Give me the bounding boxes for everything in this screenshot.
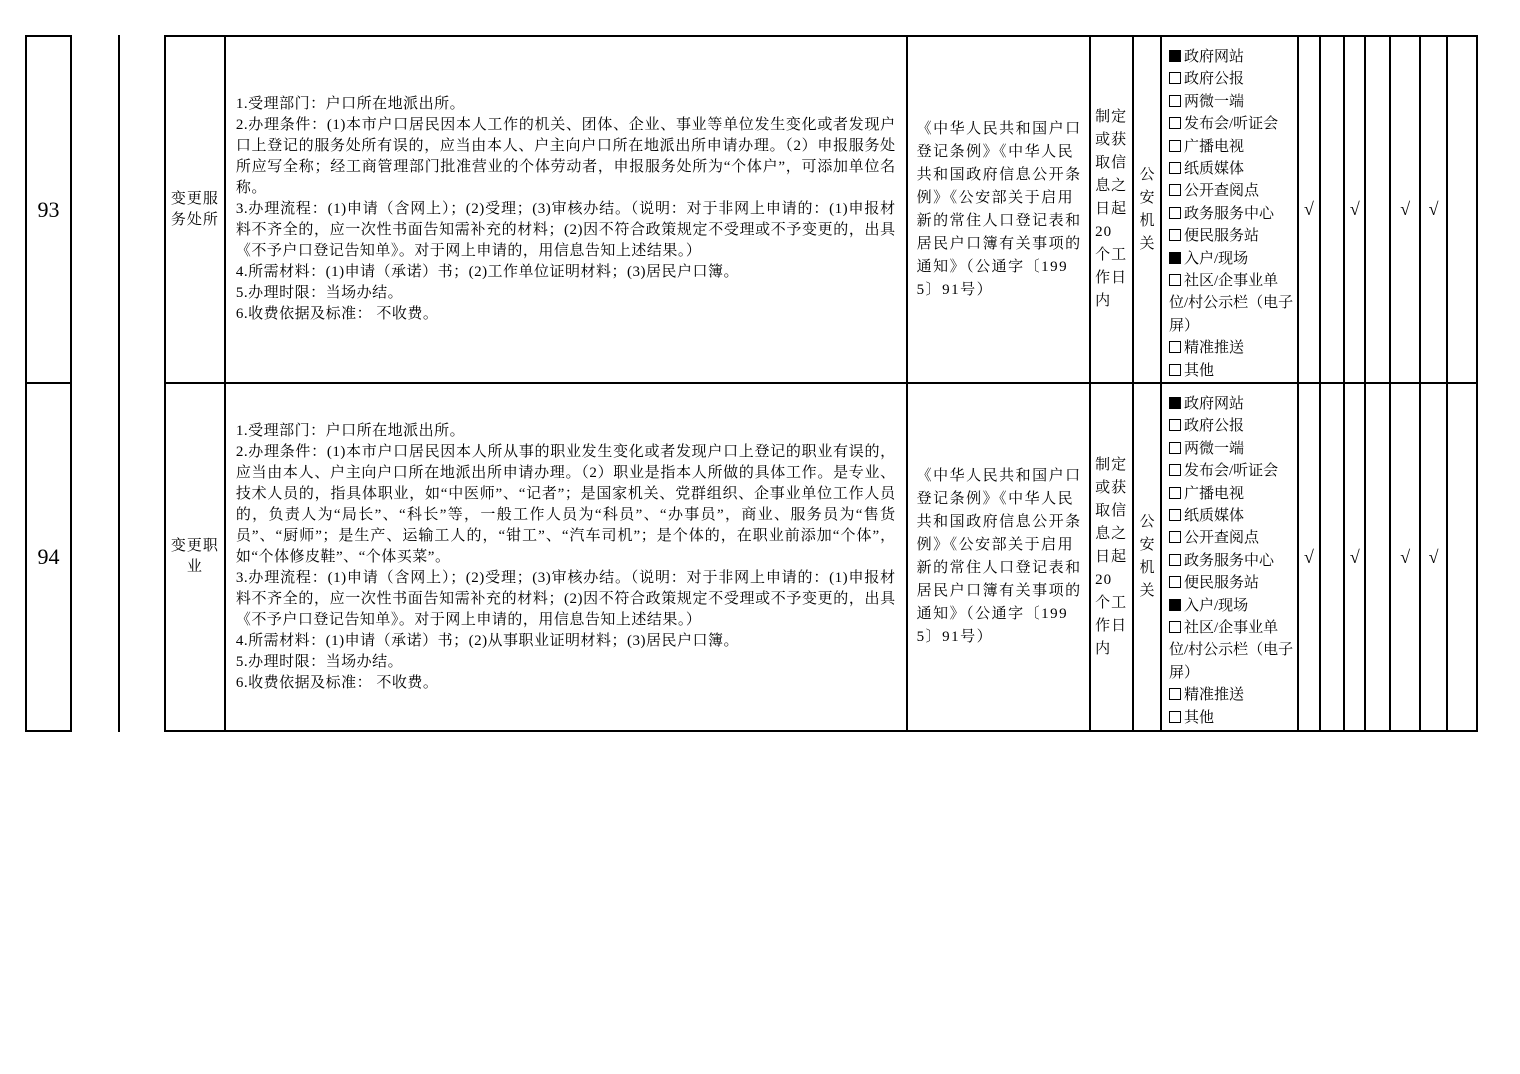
publish-channel-option[interactable]: 精准推送 xyxy=(1169,684,1295,706)
table-row-93: 变更服务处所 1.受理部门：户口所在地派出所。 2.办理条件：(1)本市户口居民… xyxy=(166,37,1476,382)
tick-cell: √ xyxy=(1345,384,1366,730)
procedure-text: 3.办理流程：(1)申请（含网上）；(2)受理；(3)审核办结。（说明：对于非网… xyxy=(236,568,896,631)
checkbox-unchecked-icon xyxy=(1169,554,1181,566)
publish-channel-label: 公开查阅点 xyxy=(1184,530,1259,546)
procedure-text: 2.办理条件：(1)本市户口居民因本人所从事的职业发生变化或者发现户口上登记的职… xyxy=(236,442,896,568)
tick-cell: √ xyxy=(1345,37,1366,382)
checkbox-checked-icon xyxy=(1169,599,1181,611)
procedure-text: 1.受理部门：户口所在地派出所。 xyxy=(236,421,896,442)
tick-cell xyxy=(1366,37,1391,382)
checkbox-unchecked-icon xyxy=(1169,509,1181,521)
publish-channel-label: 广播电视 xyxy=(1184,486,1244,502)
checkbox-unchecked-icon xyxy=(1169,576,1181,588)
publish-channel-label: 其他 xyxy=(1184,710,1214,726)
procedure-text: 5.办理时限：当场办结。 xyxy=(236,652,896,673)
item-name-cell: 变更服务处所 xyxy=(166,37,226,382)
checkbox-unchecked-icon xyxy=(1169,117,1181,129)
row-number: 93 xyxy=(27,37,70,382)
checkbox-unchecked-icon xyxy=(1169,274,1181,286)
agency-cell: 公安机关 xyxy=(1134,384,1162,730)
publish-channels-cell: 政府网站政府公报两微一端发布会/听证会广播电视纸质媒体公开查阅点政务服务中心便民… xyxy=(1162,384,1299,730)
publish-channels-cell: 政府网站政府公报两微一端发布会/听证会广播电视纸质媒体公开查阅点政务服务中心便民… xyxy=(1162,37,1299,382)
publish-channel-option[interactable]: 纸质媒体 xyxy=(1169,158,1295,180)
procedure-text: 4.所需材料：(1)申请（承诺）书；(2)从事职业证明材料；(3)居民户口簿。 xyxy=(236,631,896,652)
checkbox-unchecked-icon xyxy=(1169,162,1181,174)
publish-channel-label: 政府公报 xyxy=(1184,71,1244,87)
legal-basis-cell: 《中华人民共和国户口登记条例》《中华人民共和国政府信息公开条例》《公安部关于启用… xyxy=(908,384,1091,730)
tick-cell: √ xyxy=(1421,384,1448,730)
publish-channel-label: 入户/现场 xyxy=(1184,598,1248,614)
checkbox-unchecked-icon xyxy=(1169,95,1181,107)
publish-channel-label: 精准推送 xyxy=(1184,687,1244,703)
publish-channel-label: 两微一端 xyxy=(1184,441,1244,457)
procedure-text: 6.收费依据及标准： 不收费。 xyxy=(236,304,896,325)
checkbox-unchecked-icon xyxy=(1169,442,1181,454)
publish-channel-label: 广播电视 xyxy=(1184,139,1244,155)
procedure-text: 1.受理部门：户口所在地派出所。 xyxy=(236,94,896,115)
checkbox-unchecked-icon xyxy=(1169,72,1181,84)
procedure-cell: 1.受理部门：户口所在地派出所。 2.办理条件：(1)本市户口居民因本人工作的机… xyxy=(226,37,908,382)
publish-channel-option[interactable]: 广播电视 xyxy=(1169,136,1295,158)
publish-time-cell: 制定或获取信息之日起20个工作日内 xyxy=(1091,384,1134,730)
publish-channel-option[interactable]: 精准推送 xyxy=(1169,337,1295,359)
checkbox-unchecked-icon xyxy=(1169,184,1181,196)
checkbox-unchecked-icon xyxy=(1169,711,1181,723)
publish-channel-option[interactable]: 社区/企事业单位/村公示栏（电子屏） xyxy=(1169,617,1295,684)
checkbox-checked-icon xyxy=(1169,397,1181,409)
procedure-text: 3.办理流程：(1)申请（含网上）；(2)受理；(3)审核办结。（说明：对于非网… xyxy=(236,199,896,262)
row-number-column: 93 94 xyxy=(25,35,72,732)
publish-channel-label: 两微一端 xyxy=(1184,94,1244,110)
checkbox-unchecked-icon xyxy=(1169,419,1181,431)
publish-channel-option[interactable]: 入户/现场 xyxy=(1169,248,1295,270)
publish-channel-option[interactable]: 两微一端 xyxy=(1169,438,1295,460)
table-row-94: 变更职业 1.受理部门：户口所在地派出所。 2.办理条件：(1)本市户口居民因本… xyxy=(166,382,1476,730)
publish-channel-label: 发布会/听证会 xyxy=(1184,463,1278,479)
publish-channel-option[interactable]: 政务服务中心 xyxy=(1169,550,1295,572)
publish-channel-option[interactable]: 公开查阅点 xyxy=(1169,527,1295,549)
publish-channel-label: 纸质媒体 xyxy=(1184,508,1244,524)
publish-channel-option[interactable]: 纸质媒体 xyxy=(1169,505,1295,527)
checkbox-unchecked-icon xyxy=(1169,229,1181,241)
publish-channel-option[interactable]: 社区/企事业单位/村公示栏（电子屏） xyxy=(1169,270,1295,337)
publish-channel-label: 社区/企事业单位/村公示栏（电子屏） xyxy=(1169,273,1293,334)
publish-channel-option[interactable]: 两微一端 xyxy=(1169,91,1295,113)
checkbox-checked-icon xyxy=(1169,252,1181,264)
publish-channel-option[interactable]: 政府网站 xyxy=(1169,393,1295,415)
publish-channel-option[interactable]: 政府网站 xyxy=(1169,46,1295,68)
checkbox-unchecked-icon xyxy=(1169,487,1181,499)
tick-cell xyxy=(1366,384,1391,730)
publish-channel-option[interactable]: 政府公报 xyxy=(1169,68,1295,90)
checkbox-unchecked-icon xyxy=(1169,464,1181,476)
publish-channel-label: 入户/现场 xyxy=(1184,251,1248,267)
procedure-text: 4.所需材料：(1)申请（承诺）书；(2)工作单位证明材料；(3)居民户口簿。 xyxy=(236,262,896,283)
publish-channel-label: 公开查阅点 xyxy=(1184,183,1259,199)
agency-cell: 公安机关 xyxy=(1134,37,1162,382)
main-table: 变更服务处所 1.受理部门：户口所在地派出所。 2.办理条件：(1)本市户口居民… xyxy=(164,35,1478,732)
checkbox-unchecked-icon xyxy=(1169,140,1181,152)
tick-cell: √ xyxy=(1299,37,1322,382)
tick-cell xyxy=(1321,37,1345,382)
checkbox-unchecked-icon xyxy=(1169,688,1181,700)
checkbox-unchecked-icon xyxy=(1169,364,1181,376)
procedure-text: 2.办理条件：(1)本市户口居民因本人工作的机关、团体、企业、事业等单位发生变化… xyxy=(236,115,896,199)
publish-channel-option[interactable]: 入户/现场 xyxy=(1169,595,1295,617)
publish-channel-label: 发布会/听证会 xyxy=(1184,116,1278,132)
publish-channel-option[interactable]: 发布会/听证会 xyxy=(1169,113,1295,135)
publish-time-cell: 制定或获取信息之日起20个工作日内 xyxy=(1091,37,1134,382)
publish-channel-label: 其他 xyxy=(1184,363,1214,379)
publish-channel-option[interactable]: 便民服务站 xyxy=(1169,572,1295,594)
tick-cell: √ xyxy=(1421,37,1448,382)
procedure-text: 5.办理时限：当场办结。 xyxy=(236,283,896,304)
column-divider-line xyxy=(118,35,120,732)
legal-basis-cell: 《中华人民共和国户口登记条例》《中华人民共和国政府信息公开条例》《公安部关于启用… xyxy=(908,37,1091,382)
checkbox-unchecked-icon xyxy=(1169,341,1181,353)
publish-channel-label: 便民服务站 xyxy=(1184,228,1259,244)
publish-channel-option[interactable]: 政府公报 xyxy=(1169,415,1295,437)
publish-channel-label: 政务服务中心 xyxy=(1184,553,1274,569)
checkbox-unchecked-icon xyxy=(1169,207,1181,219)
publish-channel-label: 政府网站 xyxy=(1184,49,1244,65)
publish-channel-label: 社区/企事业单位/村公示栏（电子屏） xyxy=(1169,620,1293,681)
tick-cell xyxy=(1321,384,1345,730)
tick-cell xyxy=(1448,384,1476,730)
row-number: 94 xyxy=(27,382,70,730)
tick-cell: √ xyxy=(1391,37,1421,382)
publish-channel-label: 政务服务中心 xyxy=(1184,206,1274,222)
checkbox-unchecked-icon xyxy=(1169,621,1181,633)
checkbox-unchecked-icon xyxy=(1169,531,1181,543)
publish-channel-option[interactable]: 其他 xyxy=(1169,707,1295,729)
publish-channel-option[interactable]: 发布会/听证会 xyxy=(1169,460,1295,482)
publish-channel-label: 便民服务站 xyxy=(1184,575,1259,591)
procedure-cell: 1.受理部门：户口所在地派出所。 2.办理条件：(1)本市户口居民因本人所从事的… xyxy=(226,384,908,730)
publish-channel-option[interactable]: 其他 xyxy=(1169,360,1295,382)
publish-channel-option[interactable]: 政务服务中心 xyxy=(1169,203,1295,225)
publish-channel-option[interactable]: 便民服务站 xyxy=(1169,225,1295,247)
publish-channel-option[interactable]: 公开查阅点 xyxy=(1169,180,1295,202)
tick-cell: √ xyxy=(1299,384,1322,730)
publish-channel-label: 政府公报 xyxy=(1184,418,1244,434)
procedure-text: 6.收费依据及标准： 不收费。 xyxy=(236,673,896,694)
tick-cell: √ xyxy=(1391,384,1421,730)
publish-channel-label: 纸质媒体 xyxy=(1184,161,1244,177)
item-name-cell: 变更职业 xyxy=(166,384,226,730)
checkbox-checked-icon xyxy=(1169,50,1181,62)
publish-channel-label: 精准推送 xyxy=(1184,340,1244,356)
tick-cell xyxy=(1448,37,1476,382)
publish-channel-label: 政府网站 xyxy=(1184,396,1244,412)
publish-channel-option[interactable]: 广播电视 xyxy=(1169,483,1295,505)
